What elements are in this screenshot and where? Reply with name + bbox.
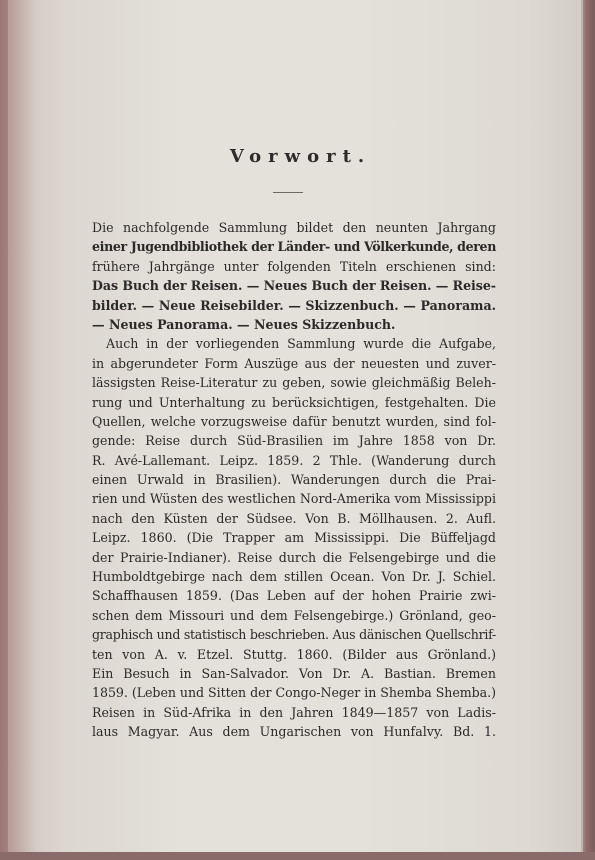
text-line: bilder. — Neue Reisebilder. — Skizzenbuc… bbox=[92, 296, 496, 315]
text-line: Die nachfolgende Sammlung bildet den neu… bbox=[92, 218, 496, 237]
book-cover-right-edge bbox=[581, 0, 595, 860]
text-line: schen dem Missouri und dem Felsengebirge… bbox=[92, 606, 496, 625]
text-line: R. Avé-Lallemant. Leipz. 1859. 2 Thle. (… bbox=[92, 451, 496, 470]
text-line: der Prairie-Indianer). Reise durch die F… bbox=[92, 548, 496, 567]
text-line: Ein Besuch in San-Salvador. Von Dr. A. B… bbox=[92, 664, 496, 683]
text-line: in abgerundeter Form Auszüge aus der neu… bbox=[92, 354, 496, 373]
text-line: rung und Unterhaltung zu berücksichtigen… bbox=[92, 393, 496, 412]
text-line: gende: Reise durch Süd-Brasilien im Jahr… bbox=[92, 431, 496, 450]
text-line: einer Jugendbibliothek der Länder- und V… bbox=[92, 237, 496, 256]
text-line: Humboldtgebirge nach dem stillen Ocean. … bbox=[92, 567, 496, 586]
title-divider bbox=[273, 192, 303, 193]
text-line: Quellen, welche vorzugsweise dafür benut… bbox=[92, 412, 496, 431]
text-line: Leipz. 1860. (Die Trapper am Mississippi… bbox=[92, 528, 496, 547]
text-line: einen Urwald in Brasilien). Wanderungen … bbox=[92, 470, 496, 489]
text-line: frühere Jahrgänge unter folgenden Titeln… bbox=[92, 257, 496, 276]
page-title: Vorwort. bbox=[8, 146, 593, 167]
text-line: graphisch und statistisch beschrieben. A… bbox=[92, 625, 496, 644]
text-line: Auch in der vorliegenden Sammlung wurde … bbox=[92, 334, 496, 353]
text-line: rien und Wüsten des westlichen Nord-Amer… bbox=[92, 489, 496, 508]
text-line: Reisen in Süd-Afrika in den Jahren 1849—… bbox=[92, 703, 496, 722]
text-line: — Neues Panorama. — Neues Skizzenbuch. bbox=[92, 315, 496, 334]
text-line: 1859. (Leben und Sitten der Congo-Neger … bbox=[92, 683, 496, 702]
body-text: Die nachfolgende Sammlung bildet den neu… bbox=[92, 218, 496, 742]
text-line: lässigsten Reise-Literatur zu geben, sow… bbox=[92, 373, 496, 392]
book-page: Vorwort. Die nachfolgende Sammlung bilde… bbox=[8, 0, 583, 852]
text-line: ten von A. v. Etzel. Stuttg. 1860. (Bild… bbox=[92, 645, 496, 664]
text-line: nach den Küsten der Südsee. Von B. Möllh… bbox=[92, 509, 496, 528]
book-cover-bottom-edge bbox=[0, 852, 595, 860]
text-line: Schaffhausen 1859. (Das Leben auf der ho… bbox=[92, 586, 496, 605]
text-line: laus Magyar. Aus dem Ungarischen von Hun… bbox=[92, 722, 496, 741]
text-line: Das Buch der Reisen. — Neues Buch der Re… bbox=[92, 276, 496, 295]
